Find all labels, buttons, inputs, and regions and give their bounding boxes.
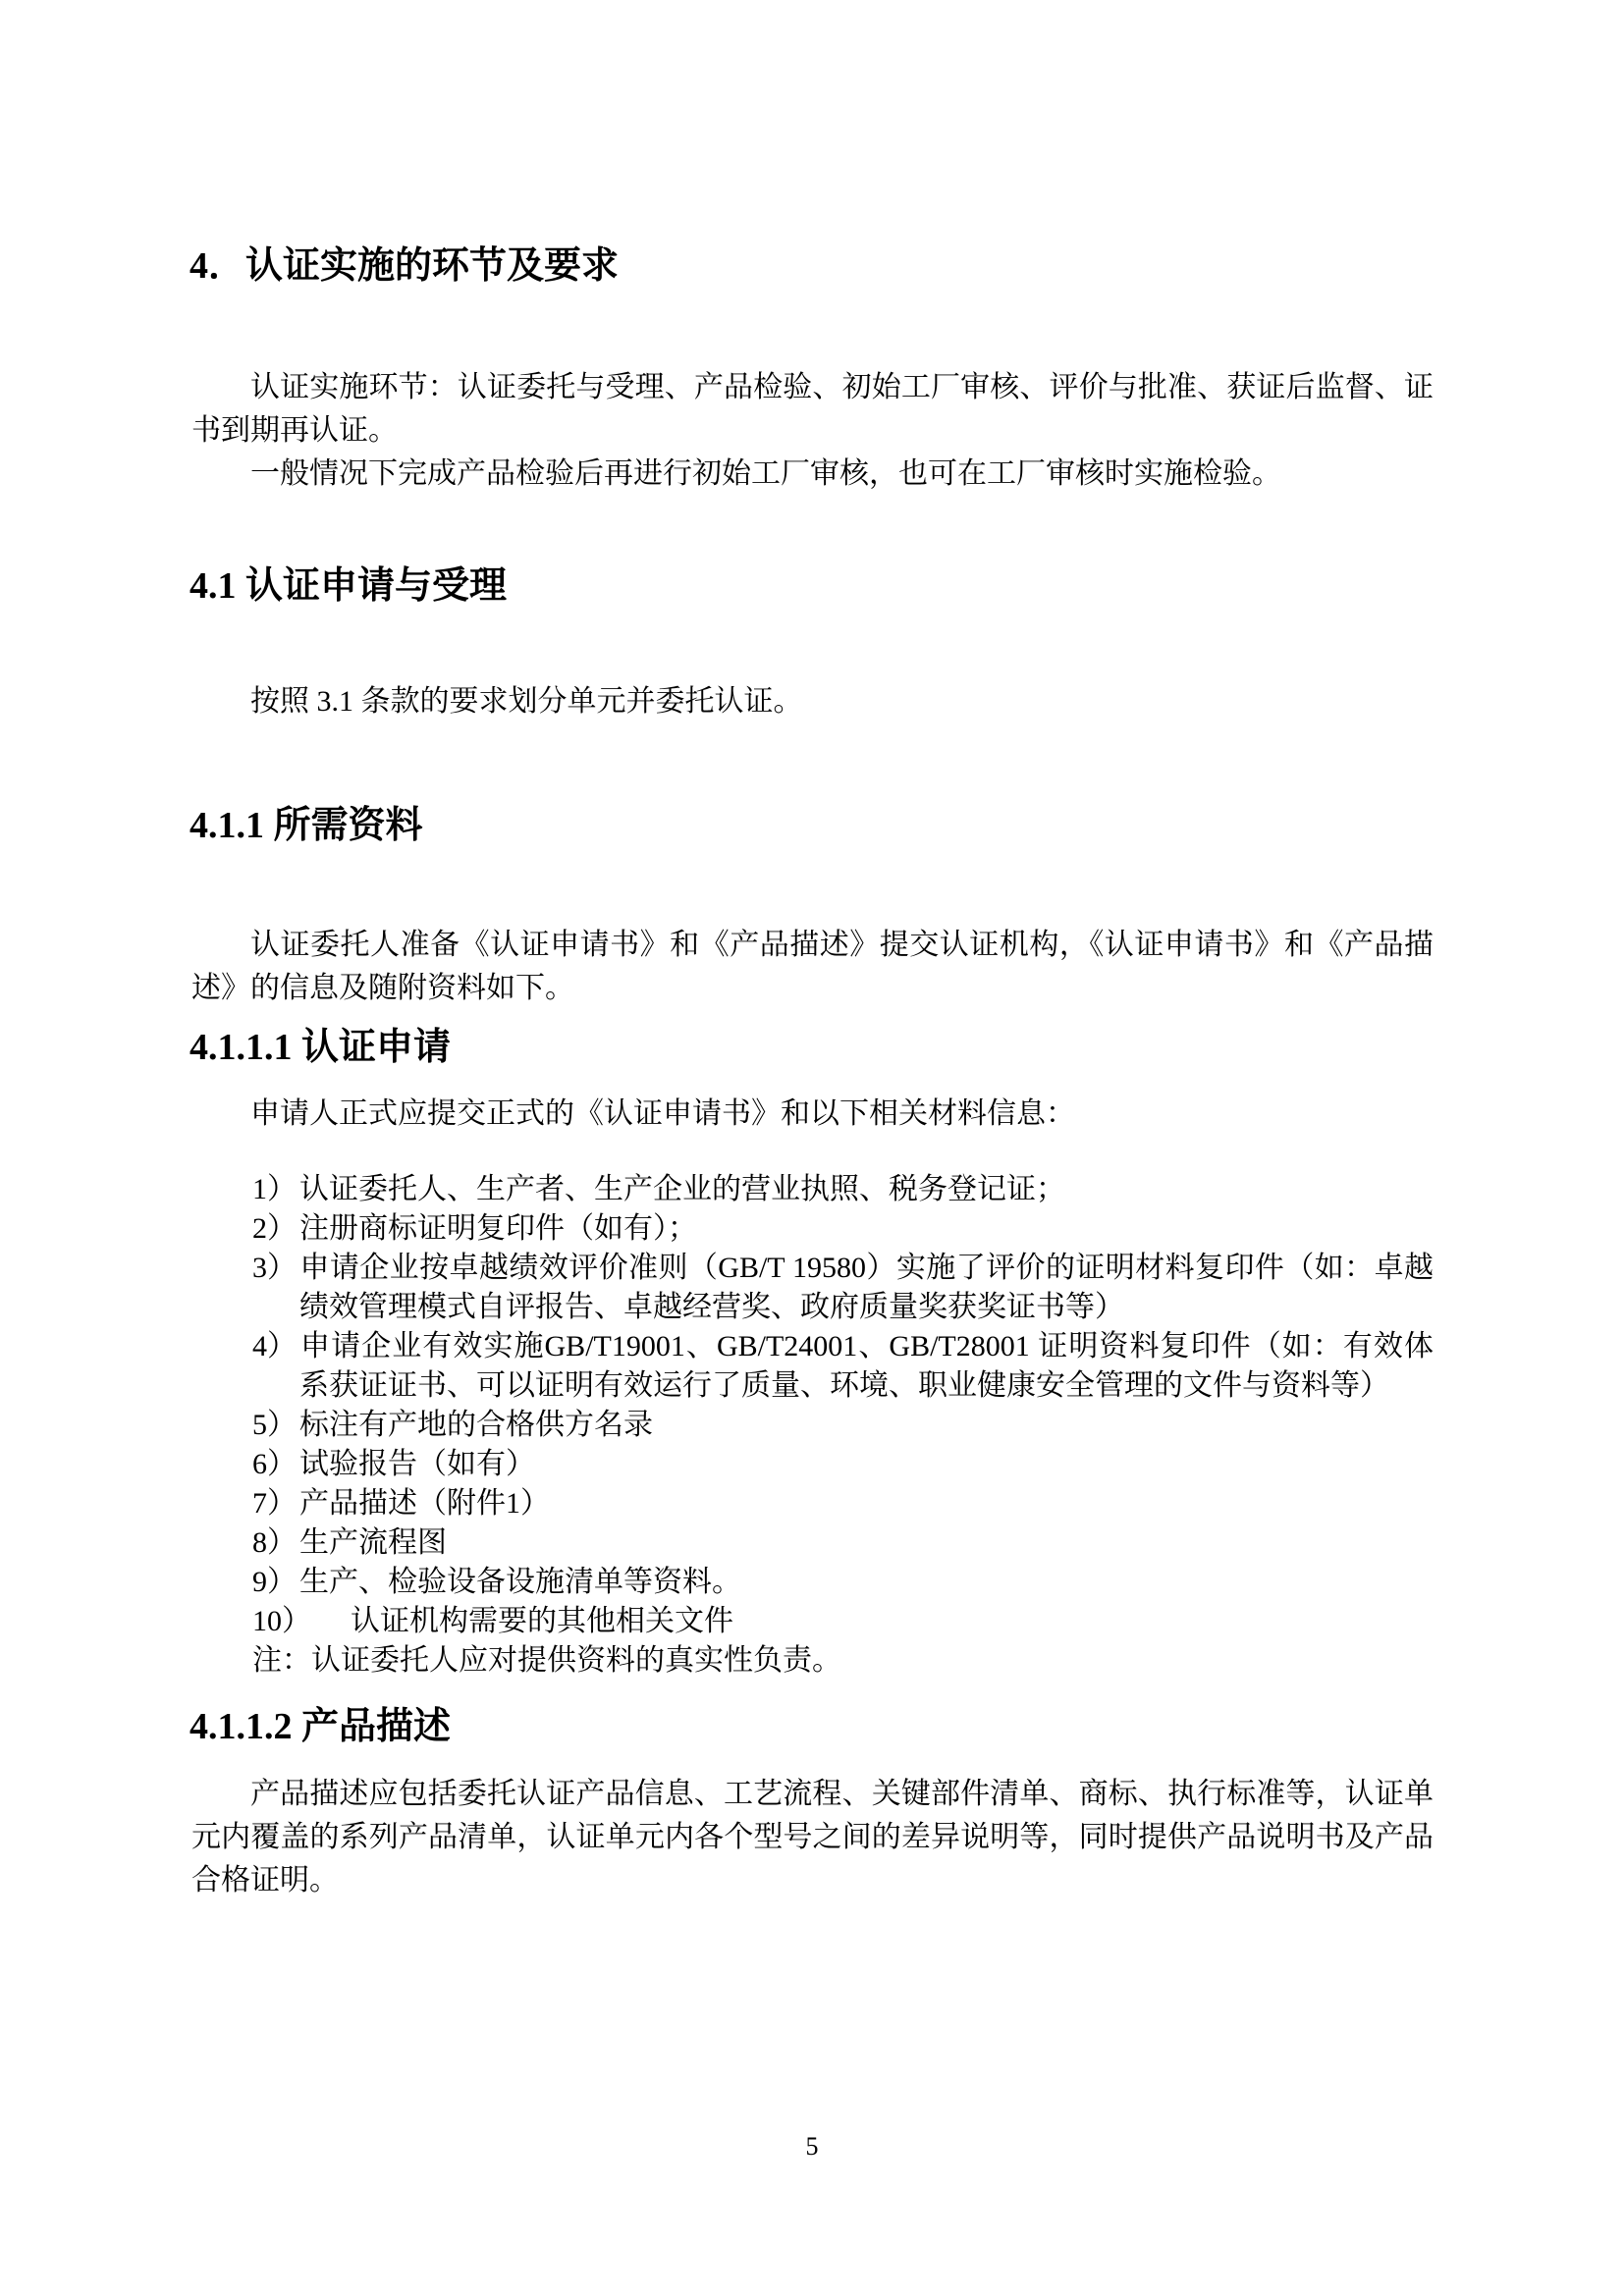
list-item-text: 生产、检验设备设施清单等资料。 [299,1566,741,1598]
paragraph-materials-intro: 认证委托人准备《认证申请书》和《产品描述》提交认证机构，《认证申请书》和《产品描… [191,924,1434,1010]
list-item-number: 8） [252,1523,299,1563]
list-item: 2）注册商标证明复印件（如有）； [252,1209,1434,1249]
heading-4-1-1-2-product-description: 4.1.1.2 产品描述 [189,1705,451,1748]
list-item-number: 4） [252,1327,299,1366]
document-page: 4．认证实施的环节及要求 认证实施环节：认证委托与受理、产品检验、初始工厂审核、… [0,0,1624,2296]
paragraph-implementation-steps: 认证实施环节：认证委托与受理、产品检验、初始工厂审核、评价与批准、获证后监督、证… [191,366,1434,453]
list-item-text: 申请企业有效实施GB/T19001、GB/T24001、GB/T28001 证明… [299,1330,1434,1402]
list-item-text: 试验报告（如有） [299,1448,535,1480]
paragraph-application-submit: 申请人正式应提交正式的《认证申请书》和以下相关材料信息： [191,1093,1434,1136]
paragraph-unit-division: 按照 3.1 条款的要求划分单元并委托认证。 [191,680,1434,723]
list-item-number: 10） [252,1602,351,1641]
required-materials-list: 1）认证委托人、生产者、生产企业的营业执照、税务登记证； 2）注册商标证明复印件… [252,1170,1434,1641]
list-item-number: 6） [252,1445,299,1484]
list-item-number: 7） [252,1484,299,1523]
paragraph-inspection-order: 一般情况下完成产品检验后再进行初始工厂审核，也可在工厂审核时实施检验。 [191,453,1434,496]
list-item: 6）试验报告（如有） [252,1445,1434,1484]
heading-4-1-1-required-materials: 4.1.1 所需资料 [189,804,423,847]
list-item-text: 标注有产地的合格供方名录 [299,1409,653,1441]
heading-4-certification-implementation: 4．认证实施的环节及要求 [189,244,619,288]
heading-4-1-application-acceptance: 4.1 认证申请与受理 [189,564,507,608]
list-item-text: 产品描述（附件1） [299,1487,550,1520]
note-truthfulness: 注：认证委托人应对提供资料的真实性负责。 [252,1641,1434,1681]
list-item-text: 认证机构需要的其他相关文件 [351,1605,733,1637]
list-item: 9）生产、检验设备设施清单等资料。 [252,1563,1434,1602]
list-item: 4）申请企业有效实施GB/T19001、GB/T24001、GB/T28001 … [252,1327,1434,1406]
list-item-text: 注册商标证明复印件（如有）； [299,1212,697,1245]
list-item-number: 3） [252,1249,299,1288]
list-item-number: 1） [252,1170,299,1209]
paragraph-product-description: 产品描述应包括委托认证产品信息、工艺流程、关键部件清单、商标、执行标准等，认证单… [191,1773,1434,1902]
list-item-number: 5） [252,1406,299,1445]
list-item-text: 申请企业按卓越绩效评价准则（GB/T 19580）实施了评价的证明材料复印件（如… [299,1252,1434,1323]
list-item: 10）认证机构需要的其他相关文件 [252,1602,1434,1641]
list-item: 7）产品描述（附件1） [252,1484,1434,1523]
list-item-text: 认证委托人、生产者、生产企业的营业执照、税务登记证； [299,1173,1065,1205]
list-item-text: 生产流程图 [299,1526,447,1559]
page-number: 5 [0,2132,1624,2162]
list-item-number: 9） [252,1563,299,1602]
list-item: 5）标注有产地的合格供方名录 [252,1406,1434,1445]
list-item: 8）生产流程图 [252,1523,1434,1563]
heading-4-1-1-1-certification-application: 4.1.1.1 认证申请 [189,1026,451,1069]
list-item: 1）认证委托人、生产者、生产企业的营业执照、税务登记证； [252,1170,1434,1209]
list-item-number: 2） [252,1209,299,1249]
list-item: 3）申请企业按卓越绩效评价准则（GB/T 19580）实施了评价的证明材料复印件… [252,1249,1434,1327]
